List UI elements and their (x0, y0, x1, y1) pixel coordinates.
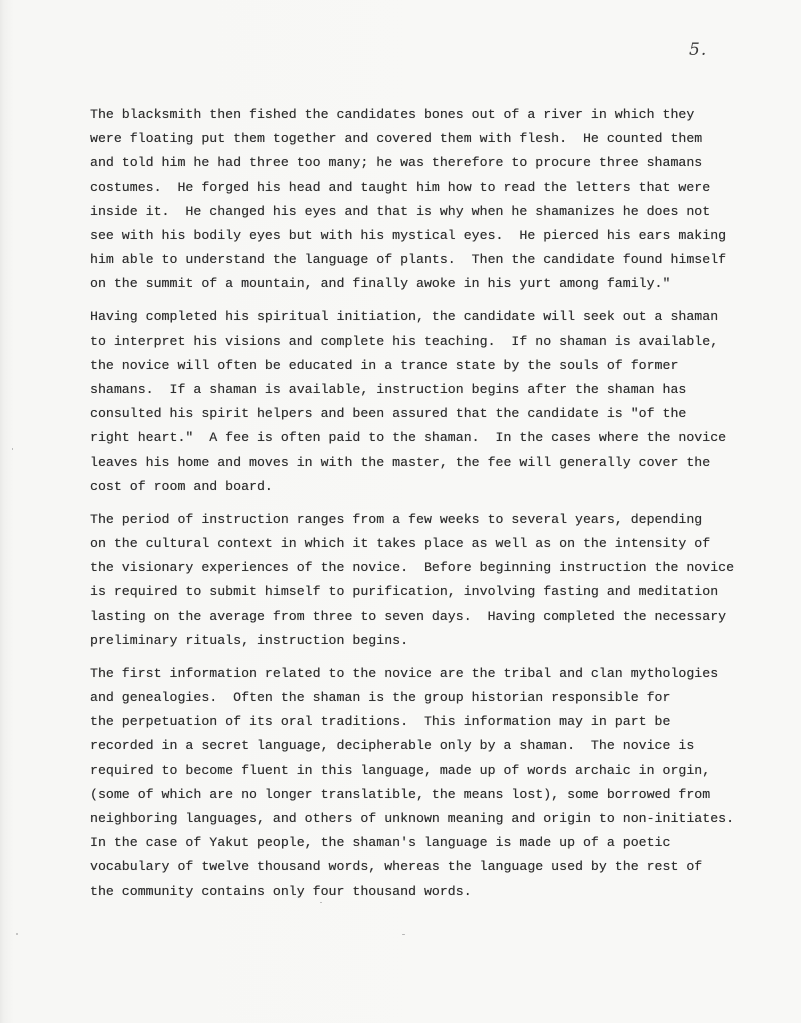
text-line: neighboring languages, and others of unk… (90, 811, 734, 827)
text-line: and told him he had three too many; he w… (90, 155, 702, 171)
text-line: on the summit of a mountain, and finally… (90, 276, 670, 292)
text-line: see with his bodily eyes but with his my… (90, 228, 726, 244)
text-line: the novice will often be educated in a t… (90, 358, 678, 374)
text-line: required to become fluent in this langua… (90, 763, 710, 779)
text-line: The first information related to the nov… (90, 666, 718, 682)
text-line: is required to submit himself to purific… (90, 584, 718, 600)
text-line: lasting on the average from three to sev… (90, 609, 726, 625)
paper-speck (320, 902, 322, 903)
text-line: the perpetuation of its oral traditions.… (90, 714, 670, 730)
text-line: vocabulary of twelve thousand words, whe… (90, 859, 702, 875)
text-line: The period of instruction ranges from a … (90, 512, 702, 528)
text-line: and genealogies. Often the shaman is the… (90, 690, 670, 706)
text-line: the community contains only four thousan… (90, 884, 472, 900)
text-line: on the cultural context in which it take… (90, 536, 710, 552)
text-line: him able to understand the language of p… (90, 252, 726, 268)
paper-speck (402, 934, 405, 935)
text-line: preliminary rituals, instruction begins. (90, 633, 408, 649)
text-line: shamans. If a shaman is available, instr… (90, 382, 686, 398)
text-line: leaves his home and moves in with the ma… (90, 455, 710, 471)
text-line: the visionary experiences of the novice.… (90, 560, 734, 576)
text-line: (some of which are no longer translatibl… (90, 787, 710, 803)
text-line: Having completed his spiritual initiatio… (90, 309, 718, 325)
text-line: recorded in a secret language, deciphera… (90, 738, 694, 754)
paper-speck (16, 933, 18, 935)
text-line: were floating put them together and cove… (90, 131, 702, 147)
text-line: cost of room and board. (90, 479, 273, 495)
text-line: consulted his spirit helpers and been as… (90, 406, 686, 422)
text-line: to interpret his visions and complete hi… (90, 334, 718, 350)
page-number: 5. (689, 40, 707, 60)
paper-speck (12, 448, 13, 450)
text-line: right heart." A fee is often paid to the… (90, 430, 726, 446)
text-line: costumes. He forged his head and taught … (90, 180, 710, 196)
text-line: inside it. He changed his eyes and that … (90, 204, 710, 220)
text-line: In the case of Yakut people, the shaman'… (90, 835, 670, 851)
text-line: The blacksmith then fished the candidate… (90, 107, 694, 123)
typewritten-page: 5. The blacksmith then fished the candid… (0, 0, 801, 1023)
